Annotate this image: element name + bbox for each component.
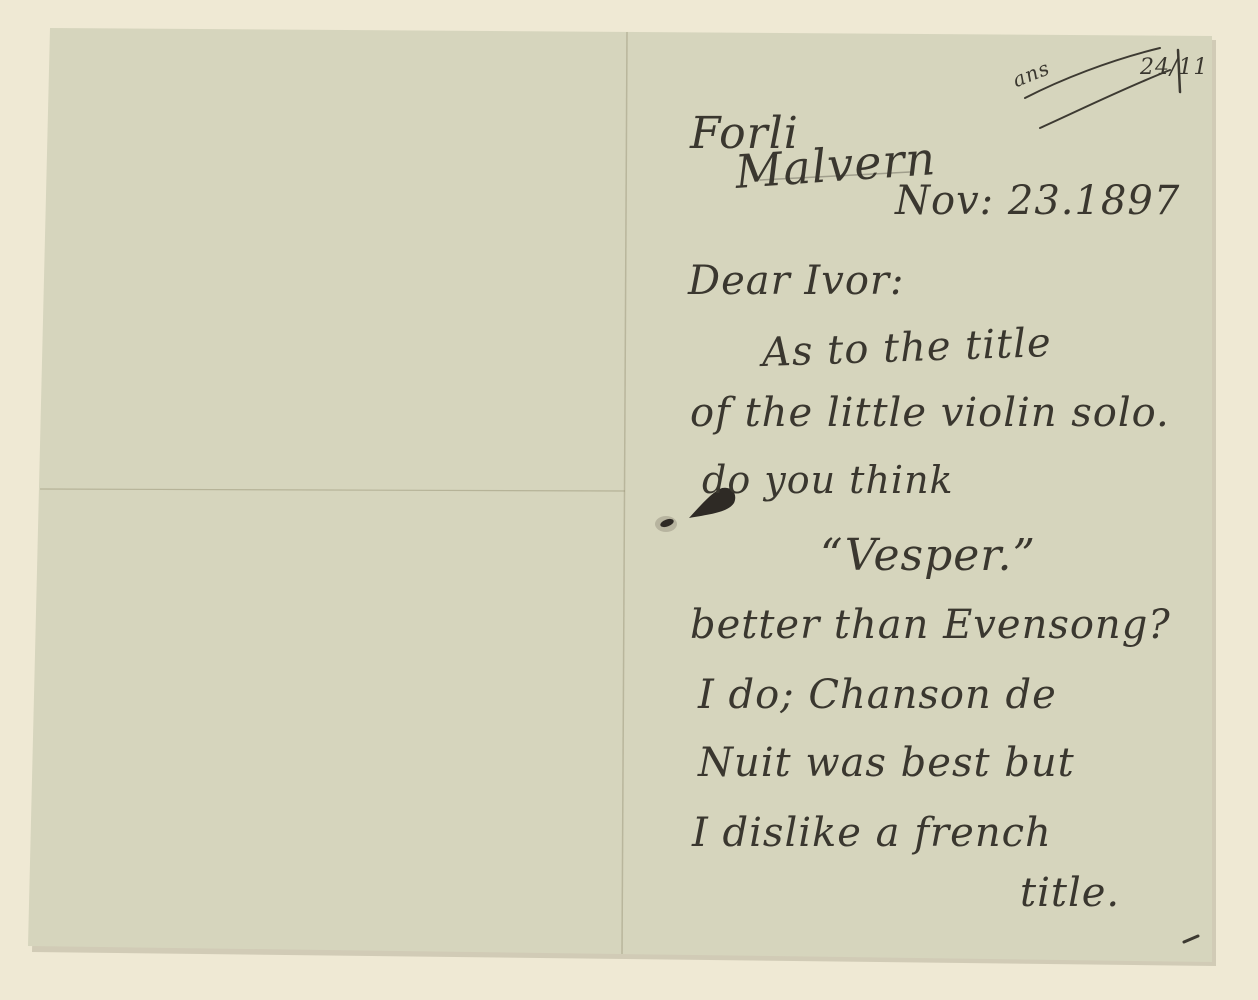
body-line-3: do you think xyxy=(702,458,954,502)
letter-sheet xyxy=(0,0,1258,1000)
body-line-4: “Vesper.” xyxy=(820,530,1036,581)
body-line-6: I do; Chanson de xyxy=(698,672,1057,718)
body-line-9: title. xyxy=(1020,870,1120,916)
body-line-5: better than Evensong? xyxy=(690,602,1171,648)
annotation-date: 24/11 xyxy=(1140,55,1208,80)
body-line-2: of the little violin solo. xyxy=(690,390,1170,436)
letter-date: Nov: 23.1897 xyxy=(895,178,1180,224)
paper-graphic xyxy=(0,0,1258,1000)
salutation: Dear Ivor: xyxy=(688,258,905,304)
body-line-8: I dislike a french xyxy=(692,810,1052,856)
body-line-7: Nuit was best but xyxy=(698,740,1075,786)
